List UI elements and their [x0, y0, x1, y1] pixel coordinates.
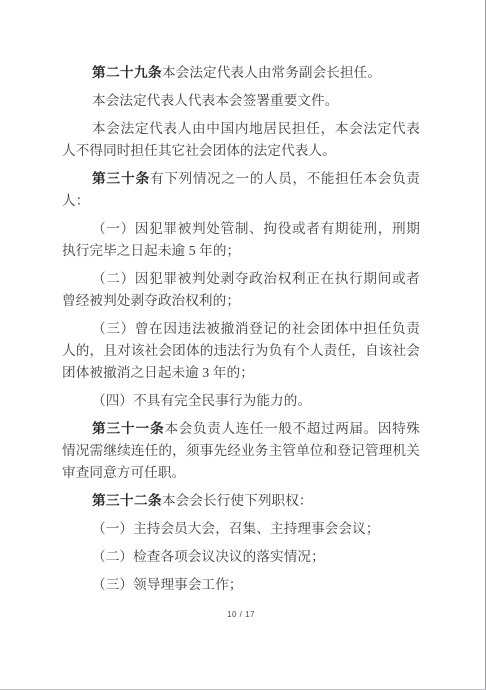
paragraph-legal-rep-sign: 本会法定代表人代表本会签署重要文件。 [62, 90, 420, 112]
article-29-paragraph: 第二十九条本会法定代表人由常务副会长担任。 [62, 62, 420, 84]
paragraph-text: （三）曾在因违法被撤消登记的社会团体中担任负责人的，且对该社会团体的违法行为负有… [62, 321, 420, 380]
paragraph-text: 本会法定代表人由常务副会长担任。 [162, 65, 381, 80]
document-page: 第二十九条本会法定代表人由常务副会长担任。 本会法定代表人代表本会签署重要文件。… [0, 0, 486, 690]
paragraph-text: （一）主持会员大会，召集、主持理事会会议； [92, 521, 380, 536]
page-number-footer: 10 / 17 [62, 610, 420, 619]
article-label: 第三十条 [92, 171, 150, 186]
document-text-column: 第二十九条本会法定代表人由常务副会长担任。 本会法定代表人代表本会签署重要文件。… [62, 62, 420, 602]
paragraph-text: （二）因犯罪被判处剥夺政治权利正在执行期间或者曾经被判处剥夺政治权利的； [62, 271, 420, 308]
paragraph-legal-rep-residency: 本会法定代表人由中国内地居民担任，本会法定代表人不得同时担任其它社会团体的法定代… [62, 118, 420, 162]
article-32-paragraph: 第三十二条本会会长行使下列职权： [62, 490, 420, 512]
article-31-paragraph: 第三十一条本会负责人连任一般不超过两届。因特殊情况需继续连任的，须事先经业务主管… [62, 418, 420, 484]
paragraph-text: （三）领导理事会工作； [92, 577, 243, 592]
article-30-paragraph: 第三十条有下列情况之一的人员，不能担任本会负责人： [62, 168, 420, 212]
article-32-item-3: （三）领导理事会工作； [62, 574, 420, 596]
paragraph-text: （四）不具有完全民事行为能力的。 [92, 393, 311, 408]
paragraph-text: 本会会长行使下列职权： [162, 493, 313, 508]
paragraph-text: 本会法定代表人代表本会签署重要文件。 [92, 93, 339, 108]
article-30-item-1: （一）因犯罪被判处管制、拘役或者有期徒刑，刑期执行完毕之日起未逾 5 年的； [62, 218, 420, 262]
paragraph-text: （一）因犯罪被判处管制、拘役或者有期徒刑，刑期执行完毕之日起未逾 5 年的； [62, 221, 420, 258]
article-30-item-3: （三）曾在因违法被撤消登记的社会团体中担任负责人的，且对该社会团体的违法行为负有… [62, 318, 420, 384]
article-label: 第三十一条 [92, 421, 165, 436]
article-label: 第二十九条 [92, 65, 162, 80]
article-32-item-1: （一）主持会员大会，召集、主持理事会会议； [62, 518, 420, 540]
paragraph-text: （二）检查各项会议决议的落实情况； [92, 549, 325, 564]
article-30-item-2: （二）因犯罪被判处剥夺政治权利正在执行期间或者曾经被判处剥夺政治权利的； [62, 268, 420, 312]
paragraph-text: 本会法定代表人由中国内地居民担任，本会法定代表人不得同时担任其它社会团体的法定代… [62, 121, 420, 158]
article-30-item-4: （四）不具有完全民事行为能力的。 [62, 390, 420, 412]
article-label: 第三十二条 [92, 493, 162, 508]
article-32-item-2: （二）检查各项会议决议的落实情况； [62, 546, 420, 568]
